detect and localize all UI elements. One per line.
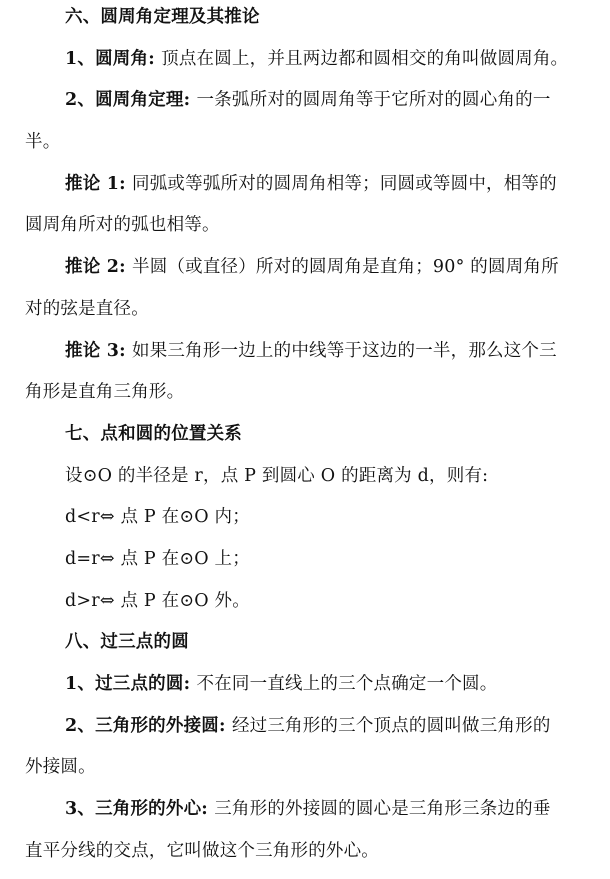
paragraph-line: 1、圆周角: 顶点在圆上，并且两边都和圆相交的角叫做圆周角。 [25, 39, 584, 81]
term-label: 3、三角形的外心 [65, 799, 201, 819]
paragraph-continuation: 圆周角所对的弧也相等。 [25, 205, 584, 247]
term-label: 2、三角形的外接圆 [65, 716, 219, 736]
separator: : [119, 257, 132, 277]
definition-text: 三角形的外接圆的圆心是三角形三条边的垂 [214, 799, 550, 819]
term-label: 1、过三点的圆 [65, 674, 184, 694]
paragraph-continuation: 半。 [25, 122, 584, 164]
paragraph-line: 推论 1: 同弧或等弧所对的圆周角相等；同圆或等圆中，相等的 [25, 164, 584, 206]
plain-line: d=r⇔ 点 P 在⊙O 上； [25, 539, 584, 581]
paragraph-line: 2、三角形的外接圆: 经过三角形的三个顶点的圆叫做三角形的 [25, 706, 584, 748]
separator: : [184, 90, 197, 110]
separator: : [184, 674, 197, 694]
term-label: 推论 2 [65, 257, 119, 277]
definition-text: 不在同一直线上的三个点确定一个圆。 [197, 674, 498, 694]
definition-text: 顶点在圆上，并且两边都和圆相交的角叫做圆周角。 [161, 49, 568, 69]
paragraph-line: 3、三角形的外心: 三角形的外接圆的圆心是三角形三条边的垂 [25, 789, 584, 831]
paragraph-continuation: 直平分线的交点，它叫做这个三角形的外心。 [25, 831, 584, 873]
definition-text: 半圆（或直径）所对的圆周角是直角；90° 的圆周角所 [132, 257, 559, 277]
definition-text: 经过三角形的三个顶点的圆叫做三角形的 [232, 716, 551, 736]
section-heading: 六、圆周角定理及其推论 [25, 0, 584, 39]
plain-line: d<r⇔ 点 P 在⊙O 内； [25, 497, 584, 539]
definition-text: 同弧或等弧所对的圆周角相等；同圆或等圆中，相等的 [132, 174, 557, 194]
document-page: 六、圆周角定理及其推论 1、圆周角: 顶点在圆上，并且两边都和圆相交的角叫做圆周… [0, 0, 610, 872]
paragraph-continuation: 外接圆。 [25, 747, 584, 789]
separator: : [148, 49, 161, 69]
paragraph-line: 推论 3: 如果三角形一边上的中线等于这边的一半，那么这个三 [25, 331, 584, 373]
definition-text: 如果三角形一边上的中线等于这边的一半，那么这个三 [132, 341, 557, 361]
term-label: 1、圆周角 [65, 49, 148, 69]
definition-text: 一条弧所对的圆周角等于它所对的圆心角的一 [197, 90, 551, 110]
term-label: 推论 3 [65, 341, 119, 361]
paragraph-continuation: 角形是直角三角形。 [25, 372, 584, 414]
paragraph-line: 1、过三点的圆: 不在同一直线上的三个点确定一个圆。 [25, 664, 584, 706]
section-heading: 七、点和圆的位置关系 [25, 414, 584, 456]
separator: : [219, 716, 232, 736]
section-heading: 八、过三点的圆 [25, 622, 584, 664]
paragraph-line: 2、圆周角定理: 一条弧所对的圆周角等于它所对的圆心角的一 [25, 80, 584, 122]
plain-line: d>r⇔ 点 P 在⊙O 外。 [25, 581, 584, 623]
separator: : [119, 341, 132, 361]
paragraph-continuation: 对的弦是直径。 [25, 289, 584, 331]
paragraph-line: 推论 2: 半圆（或直径）所对的圆周角是直角；90° 的圆周角所 [25, 247, 584, 289]
plain-line: 设⊙O 的半径是 r，点 P 到圆心 O 的距离为 d，则有: [25, 456, 584, 498]
term-label: 2、圆周角定理 [65, 90, 184, 110]
term-label: 推论 1 [65, 174, 119, 194]
separator: : [201, 799, 214, 819]
separator: : [119, 174, 132, 194]
